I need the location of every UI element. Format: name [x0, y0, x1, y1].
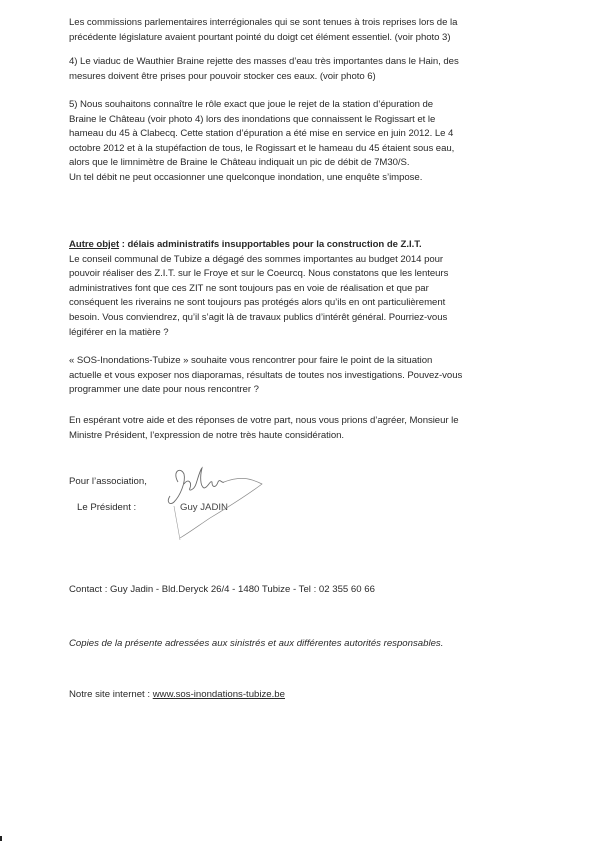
section-autre-objet: Autre objet : délais administratifs insu…	[69, 238, 539, 340]
text-line: 4) Le viaduc de Wauthier Braine rejette …	[69, 55, 539, 70]
text-line: octobre 2012 et à la stupéfaction de tou…	[69, 142, 539, 157]
paragraph-closing: En espérant votre aide et des réponses d…	[69, 414, 539, 443]
text-line: administratives font que ces ZIT ne sont…	[69, 282, 539, 297]
section-heading: Autre objet : délais administratifs insu…	[69, 238, 539, 253]
website-line: Notre site internet : www.sos-inondation…	[69, 689, 285, 700]
text-line: programmer une date pour nous rencontrer…	[69, 383, 539, 398]
text-line: hameau du 45 à Clabecq. Cette station d’…	[69, 127, 539, 142]
letter-page: Les commissions parlementaires interrégi…	[0, 0, 595, 842]
text-line: actuelle et vous exposer nos diaporamas,…	[69, 369, 539, 384]
for-association-label: Pour l’association,	[69, 476, 147, 487]
text-line: Un tel débit ne peut occasionner une que…	[69, 171, 539, 186]
president-title: Le Président :	[77, 502, 136, 513]
website-label: Notre site internet :	[69, 689, 153, 700]
paragraph-point-4: 4) Le viaduc de Wauthier Braine rejette …	[69, 55, 539, 84]
contact-info: Contact : Guy Jadin - Bld.Deryck 26/4 - …	[69, 584, 375, 595]
paragraph-meeting-request: « SOS-Inondations-Tubize » souhaite vous…	[69, 354, 539, 398]
text-line: précédente législature avaient pourtant …	[69, 31, 539, 46]
text-line: besoin. Vous conviendrez, qu’il s’agit l…	[69, 311, 539, 326]
text-line: Le conseil communal de Tubize a dégagé d…	[69, 253, 539, 268]
text-line: « SOS-Inondations-Tubize » souhaite vous…	[69, 354, 539, 369]
text-line: mesures doivent être prises pour pouvoir…	[69, 70, 539, 85]
text-line: alors que le limnimètre de Braine le Châ…	[69, 156, 539, 171]
text-line: conséquent les riverains ne sont toujour…	[69, 296, 539, 311]
paragraph-point-5: 5) Nous souhaitons connaître le rôle exa…	[69, 98, 539, 186]
text-line: Braine le Château (voir photo 4) lors de…	[69, 113, 539, 128]
heading-label: Autre objet	[69, 239, 119, 250]
copies-notice: Copies de la présente adressées aux sini…	[69, 638, 443, 649]
text-line: Ministre Président, l’expression de notr…	[69, 429, 539, 444]
text-line: Les commissions parlementaires interrégi…	[69, 16, 539, 31]
text-line: légiférer en la matière ?	[69, 326, 539, 341]
text-line: 5) Nous souhaitons connaître le rôle exa…	[69, 98, 539, 113]
paragraph-commissions: Les commissions parlementaires interrégi…	[69, 16, 539, 45]
handwritten-signature-icon	[150, 462, 270, 542]
text-line: pouvoir réaliser des Z.I.T. sur le Froye…	[69, 267, 539, 282]
heading-text: : délais administratifs insupportables p…	[119, 239, 421, 250]
text-line: En espérant votre aide et des réponses d…	[69, 414, 539, 429]
scan-mark	[0, 836, 2, 841]
website-link[interactable]: www.sos-inondations-tubize.be	[153, 689, 285, 700]
